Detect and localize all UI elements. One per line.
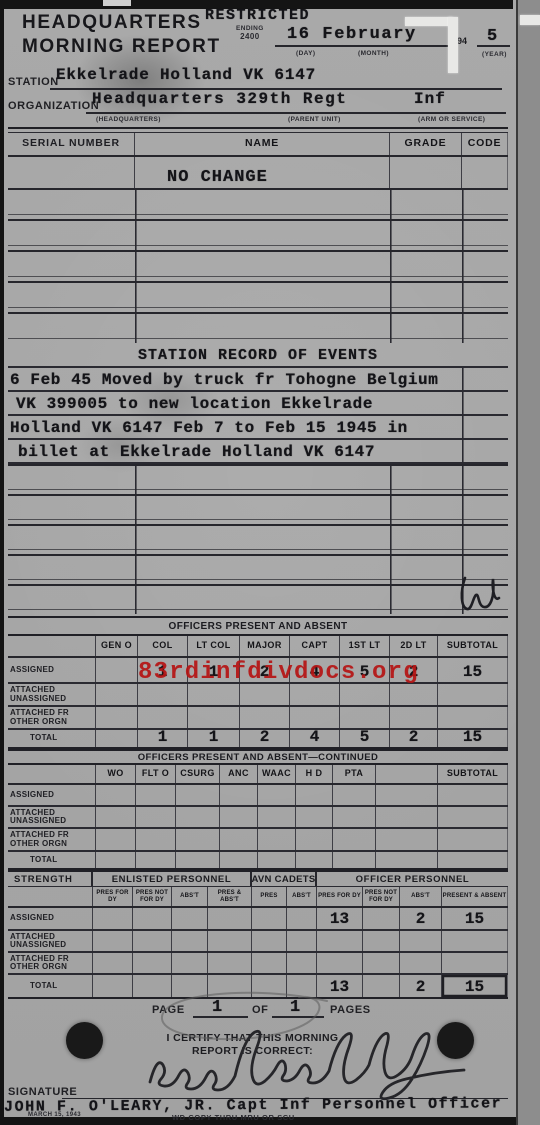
cell: H D	[296, 765, 333, 783]
classification-stamp: RESTRICTED	[205, 7, 310, 24]
cell	[208, 953, 252, 973]
cell	[390, 157, 462, 188]
roster-table: SERIAL NUMBERNAMEGRADECODE NO CHANGE	[8, 133, 508, 188]
correction-mark-vertical	[448, 17, 458, 73]
cell: PRES	[252, 887, 287, 906]
station-label: STATION	[8, 76, 59, 88]
cell	[96, 785, 136, 805]
cell: 1	[188, 730, 240, 747]
cell: 5	[340, 730, 390, 747]
cell: CAPT	[290, 636, 340, 656]
empty-entry-row	[8, 524, 508, 554]
cell	[258, 829, 296, 850]
empty-entry-row	[8, 464, 508, 494]
cell: 2	[390, 730, 438, 747]
cell: TOTAL	[8, 730, 96, 747]
cell: CSURG	[176, 765, 220, 783]
cell: 13	[317, 908, 363, 929]
cell	[96, 807, 136, 827]
cell: WAAC	[258, 765, 296, 783]
empty-entry-row	[8, 219, 508, 250]
punch-hole-left	[66, 1022, 103, 1059]
cell: 15	[438, 730, 508, 747]
cell	[376, 765, 438, 783]
cell: PTA	[333, 765, 376, 783]
cell	[438, 785, 508, 805]
cell	[93, 908, 133, 929]
signature-label: SIGNATURE	[8, 1086, 77, 1098]
site-watermark: 83rdinfdivdocs.org	[138, 659, 419, 686]
cell	[442, 953, 508, 973]
officers-continued-title: OFFICERS PRESENT AND ABSENT—CONTINUED	[138, 752, 379, 763]
officers-continued-bar: OFFICERS PRESENT AND ABSENT—CONTINUED	[8, 749, 508, 765]
cell	[258, 785, 296, 805]
cell	[96, 658, 138, 682]
empty-entry-row	[8, 250, 508, 281]
cell: PRESENT & ABSENT	[442, 887, 508, 906]
cell	[208, 931, 252, 951]
ending-word: ENDING	[236, 25, 264, 32]
cell	[220, 785, 258, 805]
year-field: 5	[487, 27, 497, 46]
cell	[400, 953, 442, 973]
cell	[340, 684, 390, 705]
events-line: billet at Ekkelrade Holland VK 6147	[8, 443, 375, 462]
cell	[252, 908, 287, 929]
cell: ASSIGNED	[8, 658, 96, 682]
cell: ATTACHED FR OTHER ORGN	[8, 707, 96, 728]
cell: 1ST LT	[340, 636, 390, 656]
cell	[363, 908, 400, 929]
ending-time: 2400	[236, 32, 264, 41]
cell	[317, 931, 363, 951]
cell: 2D LT	[390, 636, 438, 656]
cell	[390, 707, 438, 728]
avn-cadets-group-label: AVN CADETS	[252, 872, 317, 886]
officers-continued-table: WOFLT OCSURGANCWAACH DPTASUBTOTAL ASSIGN…	[8, 765, 508, 870]
cell	[176, 807, 220, 827]
enlisted-group-label: ENLISTED PERSONNEL	[93, 872, 252, 886]
officers-section-bar: OFFICERS PRESENT AND ABSENT	[8, 616, 508, 636]
empty-entry-row	[8, 281, 508, 312]
continued-attached-unassigned-row: ATTACHED UNASSIGNED	[8, 807, 508, 829]
officers-total-row: TOTAL11245215	[8, 730, 508, 749]
cell: LT COL	[188, 636, 240, 656]
cell	[138, 684, 188, 705]
cell	[438, 829, 508, 850]
arm-of-service-field: Inf	[414, 90, 446, 108]
cell: ATTACHED UNASSIGNED	[8, 931, 93, 951]
roster-header-row: SERIAL NUMBERNAMEGRADECODE	[8, 133, 508, 157]
cell: ABS'T	[287, 887, 317, 906]
organization-label: ORGANIZATION	[8, 100, 99, 112]
cell: PRES NOT FOR DY	[363, 887, 400, 906]
form-title: HEADQUARTERS MORNING REPORT	[22, 11, 221, 59]
cell: GRADE	[390, 133, 462, 155]
events-line-row: VK 399005 to new location Ekkelrade	[8, 392, 508, 416]
cell	[252, 931, 287, 951]
cell	[136, 807, 176, 827]
cell: ATTACHED FR OTHER ORGN	[8, 953, 93, 973]
morning-report-scan: HEADQUARTERS MORNING REPORT RESTRICTED E…	[0, 0, 540, 1125]
cell	[8, 765, 96, 783]
cell	[296, 829, 333, 850]
cell: 1	[138, 730, 188, 747]
cell	[258, 807, 296, 827]
strength-header-row: PRES FOR DYPRES NOT FOR DYABS'TPRES & AB…	[8, 887, 508, 908]
cell: PRES FOR DY	[317, 887, 363, 906]
cell	[438, 707, 508, 728]
scan-edge-right-strip	[516, 0, 540, 1125]
cell: 15	[438, 658, 508, 682]
correction-mark-horizontal	[405, 17, 453, 26]
ending-label: ENDING 2400	[236, 25, 264, 41]
cell: WO	[96, 765, 136, 783]
cell	[133, 953, 172, 973]
cell: PRES NOT FOR DY	[133, 887, 172, 906]
cell	[287, 953, 317, 973]
date-underline	[275, 45, 458, 47]
cell	[462, 157, 508, 188]
month-sublabel: (MONTH)	[358, 50, 389, 57]
officers-attached-unassigned-row: ATTACHED UNASSIGNED	[8, 684, 508, 707]
cell: COL	[138, 636, 188, 656]
cell	[220, 852, 258, 868]
cell: PRES FOR DY	[93, 887, 133, 906]
empty-events-section	[8, 464, 508, 614]
no-change-entry: NO CHANGE	[135, 157, 390, 188]
cell	[93, 953, 133, 973]
year-underline	[477, 45, 510, 47]
empty-entry-row	[8, 554, 508, 584]
cell: FLT O	[136, 765, 176, 783]
officers-header-row: GEN OCOLLT COLMAJORCAPT1ST LT2D LTSUBTOT…	[8, 636, 508, 658]
cell: ASSIGNED	[8, 785, 96, 805]
continued-assigned-row: ASSIGNED	[8, 785, 508, 807]
cell	[136, 829, 176, 850]
strength-attached-unassigned-row: ATTACHED UNASSIGNED	[8, 931, 508, 953]
cell	[172, 908, 208, 929]
cell: TOTAL	[8, 975, 93, 997]
cell	[317, 953, 363, 973]
cell	[172, 931, 208, 951]
cell	[287, 908, 317, 929]
cell: 15	[442, 908, 508, 929]
officers-attached-fr-row: ATTACHED FR OTHER ORGN	[8, 707, 508, 730]
cell	[133, 931, 172, 951]
cell: PRES & ABS'T	[208, 887, 252, 906]
cell	[8, 157, 135, 188]
cell	[290, 707, 340, 728]
cell	[438, 807, 508, 827]
cell	[96, 829, 136, 850]
cell: ASSIGNED	[8, 908, 93, 929]
events-title: STATION RECORD OF EVENTS	[138, 347, 378, 366]
cell	[96, 684, 138, 705]
cell	[296, 807, 333, 827]
cell: ATTACHED UNASSIGNED	[8, 807, 96, 827]
cell	[333, 807, 376, 827]
cell	[136, 785, 176, 805]
empty-entry-row	[8, 312, 508, 343]
cell	[333, 785, 376, 805]
events-line-row: Holland VK 6147 Feb 7 to Feb 15 1945 in	[8, 416, 508, 440]
cell: ATTACHED FR OTHER ORGN	[8, 829, 96, 850]
strength-attached-fr-row: ATTACHED FR OTHER ORGN	[8, 953, 508, 975]
cell	[333, 852, 376, 868]
cell	[96, 707, 138, 728]
cell: MAJOR	[240, 636, 290, 656]
cell	[333, 829, 376, 850]
cell	[287, 931, 317, 951]
cell: 2	[240, 730, 290, 747]
cell	[258, 852, 296, 868]
cell	[176, 785, 220, 805]
arm-sublabel: (ARM OR SERVICE)	[418, 116, 485, 123]
cell: 4	[290, 730, 340, 747]
cell	[240, 684, 290, 705]
correction-mark-dash	[520, 15, 540, 25]
cell	[376, 785, 438, 805]
events-line-row: billet at Ekkelrade Holland VK 6147	[8, 440, 508, 464]
cell	[340, 707, 390, 728]
officers-table: GEN OCOLLT COLMAJORCAPT1ST LT2D LTSUBTOT…	[8, 636, 508, 749]
empty-roster-section	[8, 188, 508, 343]
cell: ANC	[220, 765, 258, 783]
officers-section-title: OFFICERS PRESENT AND ABSENT	[169, 621, 348, 632]
organization-field: Headquarters 329th Regt	[92, 90, 347, 108]
year-sublabel: (YEAR)	[482, 51, 507, 58]
cell	[138, 707, 188, 728]
cell	[296, 785, 333, 805]
day-sublabel: (DAY)	[296, 50, 315, 57]
cell: GEN O	[96, 636, 138, 656]
cell	[136, 852, 176, 868]
cell	[96, 852, 136, 868]
cell	[176, 852, 220, 868]
events-line: VK 399005 to new location Ekkelrade	[8, 395, 373, 414]
roster-entry-row: NO CHANGE	[8, 157, 508, 188]
cell	[93, 931, 133, 951]
station-field: Ekkelrade Holland VK 6147	[56, 66, 316, 84]
empty-entry-row	[8, 584, 508, 614]
date-field: 16 February	[287, 25, 417, 44]
cell	[176, 829, 220, 850]
cell: SERIAL NUMBER	[8, 133, 135, 155]
cell	[438, 684, 508, 705]
strength-table: PRES FOR DYPRES NOT FOR DYABS'TPRES & AB…	[8, 887, 508, 999]
cell: SUBTOTAL	[438, 636, 508, 656]
cell	[188, 684, 240, 705]
officer-group-label: OFFICER PERSONNEL	[317, 872, 508, 886]
cell	[133, 908, 172, 929]
continued-total-row: TOTAL	[8, 852, 508, 870]
cell	[8, 887, 93, 906]
events-line: Holland VK 6147 Feb 7 to Feb 15 1945 in	[8, 419, 408, 438]
headquarters-sublabel: (HEADQUARTERS)	[96, 116, 161, 123]
cell	[220, 829, 258, 850]
continued-attached-fr-row: ATTACHED FR OTHER ORGN	[8, 829, 508, 852]
cell	[172, 953, 208, 973]
cell: ABS'T	[400, 887, 442, 906]
cell	[240, 707, 290, 728]
cell	[296, 852, 333, 868]
strength-label: STRENGTH	[8, 872, 93, 886]
cell	[376, 829, 438, 850]
cell: TOTAL	[8, 852, 96, 868]
empty-entry-row	[8, 188, 508, 219]
cell: ABS'T	[172, 887, 208, 906]
form-title-line2: MORNING REPORT	[22, 35, 221, 59]
scan-edge-left	[0, 0, 4, 1125]
cell	[376, 807, 438, 827]
cell	[400, 931, 442, 951]
continued-header-row: WOFLT OCSURGANCWAACH DPTASUBTOTAL	[8, 765, 508, 785]
strength-group-row: STRENGTH ENLISTED PERSONNEL AVN CADETS O…	[8, 870, 508, 887]
cell	[376, 852, 438, 868]
form-title-line1: HEADQUARTERS	[22, 11, 221, 35]
cell: ATTACHED UNASSIGNED	[8, 684, 96, 705]
cell	[438, 852, 508, 868]
events-line-row: 6 Feb 45 Moved by truck fr Tohogne Belgi…	[8, 368, 508, 392]
cell	[220, 807, 258, 827]
empty-entry-row	[8, 494, 508, 524]
cell	[96, 730, 138, 747]
handwritten-check-mark	[458, 574, 504, 618]
cell	[188, 707, 240, 728]
cell	[390, 684, 438, 705]
cell	[290, 684, 340, 705]
signer-typed-name: JOHN F. O'LEARY, JR. Capt Inf Personnel …	[4, 1095, 514, 1116]
events-line: 6 Feb 45 Moved by truck fr Tohogne Belgi…	[8, 371, 438, 390]
events-title-row: STATION RECORD OF EVENTS	[8, 343, 508, 368]
parent-unit-sublabel: (PARENT UNIT)	[288, 116, 341, 123]
cell	[363, 953, 400, 973]
cell	[442, 931, 508, 951]
handwritten-signature	[115, 985, 485, 1105]
cell	[208, 908, 252, 929]
strength-assigned-row: ASSIGNED13215	[8, 908, 508, 931]
cell: CODE	[462, 133, 508, 155]
cell: 2	[400, 908, 442, 929]
organization-underline	[86, 112, 506, 114]
cell	[8, 636, 96, 656]
cell	[252, 953, 287, 973]
cell: SUBTOTAL	[438, 765, 508, 783]
cell: NAME	[135, 133, 390, 155]
scan-edge-notch	[103, 0, 131, 6]
cell	[363, 931, 400, 951]
